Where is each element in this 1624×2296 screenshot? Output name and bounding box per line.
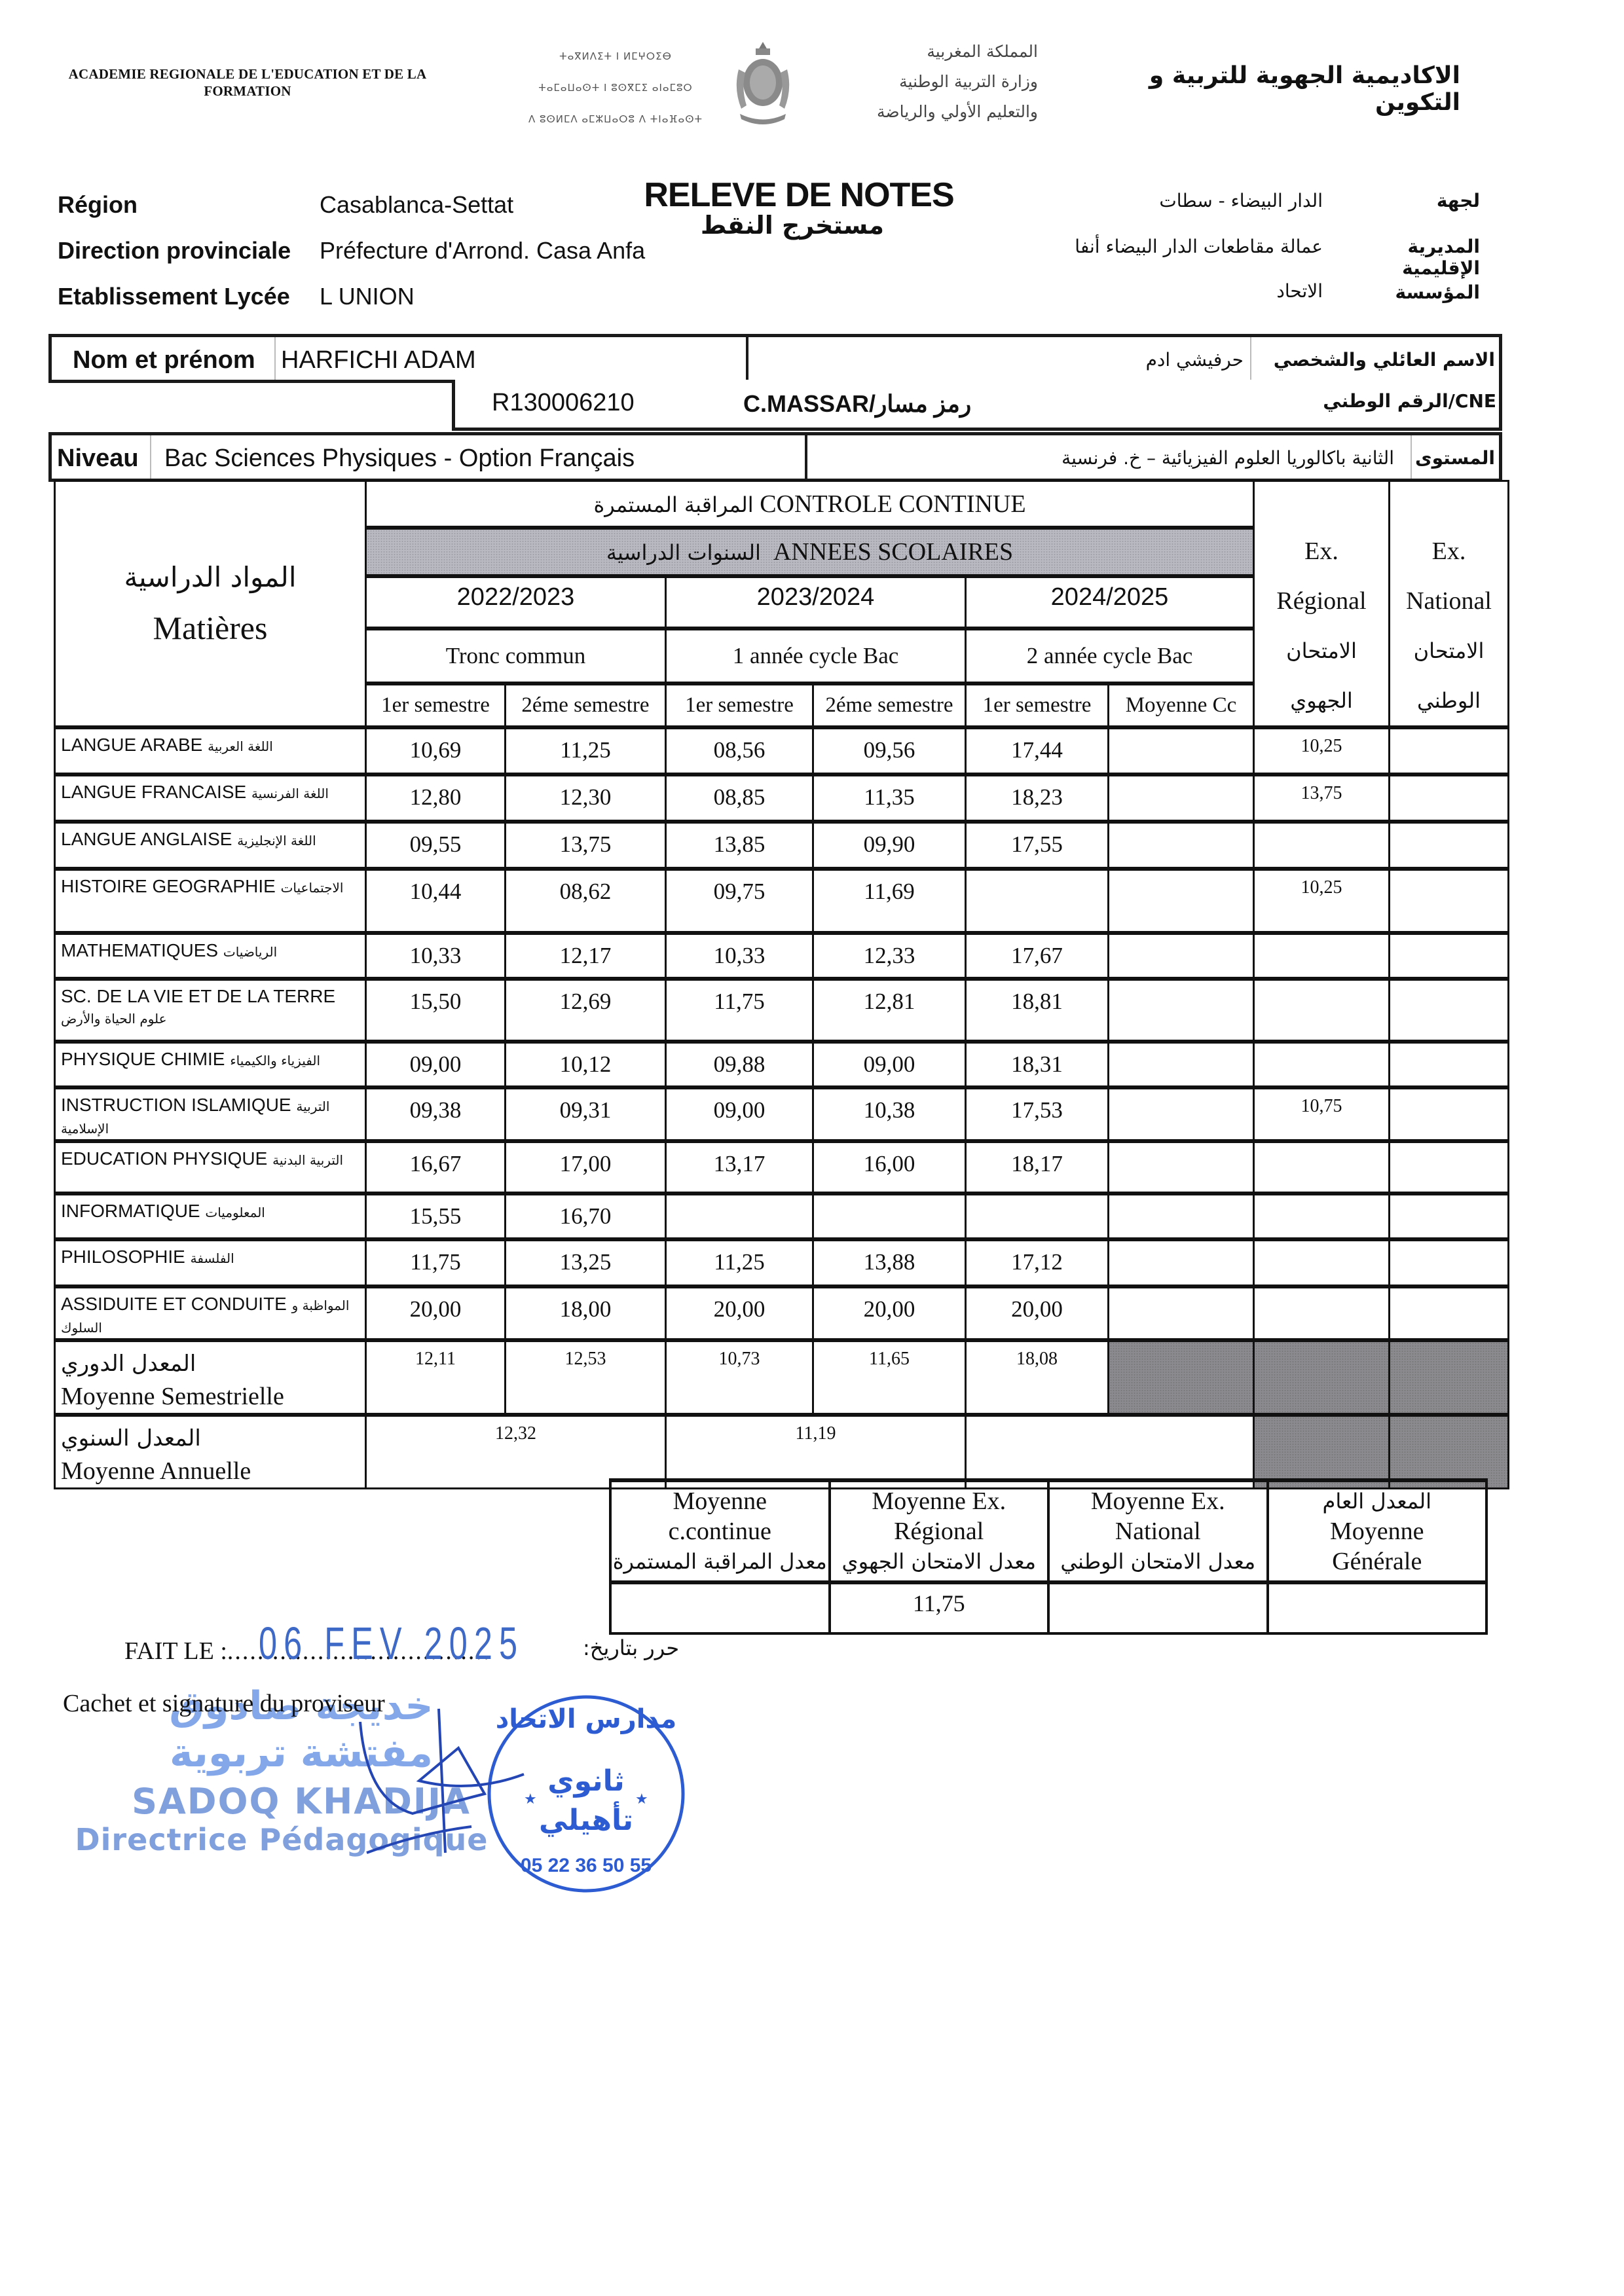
grade-cell-reg — [1254, 1141, 1390, 1194]
summary-cc-ar: معدل المراقبة المستمرة — [612, 1546, 828, 1576]
grade-cell-nat — [1390, 869, 1509, 933]
summary-cc-header: Moyenne c.continue معدل المراقبة المستمر… — [610, 1480, 830, 1582]
grade-cell-s3: 11,75 — [666, 979, 813, 1042]
grade-cell-nat — [1390, 979, 1509, 1042]
grade-cell-s3: 08,56 — [666, 727, 813, 774]
grade-cell-s3: 09,75 — [666, 869, 813, 933]
grade-cell-s2: 18,00 — [506, 1286, 666, 1340]
table-row: SC. DE LA VIE ET DE LA TERRE علوم الحياة… — [55, 979, 1509, 1042]
ex-regional-ar2: الجهوي — [1255, 676, 1388, 725]
grade-cell-s5: 17,55 — [966, 822, 1109, 869]
grade-cell-cc — [1109, 869, 1254, 933]
ex-national-fr1: Ex. — [1390, 526, 1507, 576]
subjects-header-fr: Matières — [153, 610, 268, 646]
subject-name-fr: INFORMATIQUE — [61, 1201, 200, 1221]
subject-name-fr: HISTOIRE GEOGRAPHIE — [61, 876, 276, 896]
controle-continue-ar: المراقبة المستمرة — [593, 492, 753, 517]
grade-cell-s2: 12,30 — [506, 774, 666, 822]
annees-scolaires-header: السنوات الدراسية ANNEES SCOLAIRES — [366, 528, 1254, 576]
direction-value: Préfecture d'Arrond. Casa Anfa — [320, 237, 645, 264]
summary-national-fr2: National — [1050, 1516, 1266, 1546]
grade-cell-s1: 12,80 — [366, 774, 506, 822]
grade-cell-s2: 13,25 — [506, 1239, 666, 1286]
grade-cell-s3: 10,33 — [666, 933, 813, 979]
grade-cell-reg — [1254, 1194, 1390, 1239]
grade-cell-cc — [1109, 933, 1254, 979]
subjects-header-ar: المواد الدراسية — [56, 561, 365, 593]
grade-cell-s2: 09,31 — [506, 1087, 666, 1141]
level-tronc-commun: Tronc commun — [366, 629, 666, 683]
moyenne-semestrielle-row: المعدل الدوري Moyenne Semestrielle 12,11… — [55, 1340, 1509, 1415]
grade-cell-nat — [1390, 1194, 1509, 1239]
moy-sem-s2: 12,53 — [506, 1340, 666, 1415]
region-value: Casablanca-Settat — [320, 191, 513, 219]
subject-name-fr: LANGUE ARABE — [61, 735, 202, 755]
table-row: LANGUE FRANCAISE اللغة الفرنسية12,8012,3… — [55, 774, 1509, 822]
grade-cell-s2: 08,62 — [506, 869, 666, 933]
ministry-name-ar: المملكة المغربية وزارة التربية الوطنية و… — [802, 37, 1038, 127]
student-level-box: Niveau Bac Sciences Physiques - Option F… — [48, 432, 1502, 482]
grade-cell-cc — [1109, 774, 1254, 822]
fait-le-label: FAIT LE : — [124, 1637, 227, 1665]
name-label-ar: الاسم العائلي والشخصي — [1274, 349, 1495, 371]
summary-cc-fr2: c.continue — [612, 1516, 828, 1546]
subject-name-ar: الاجتماعيات — [281, 880, 344, 896]
summary-national-ar: معدل الامتحان الوطني — [1050, 1546, 1266, 1576]
subject-name: LANGUE FRANCAISE اللغة الفرنسية — [55, 774, 366, 822]
grade-cell-s4: 10,38 — [813, 1087, 966, 1141]
subject-name-ar: الفلسفة — [191, 1250, 234, 1266]
grade-cell-s1: 20,00 — [366, 1286, 506, 1340]
grade-cell-s4: 13,88 — [813, 1239, 966, 1286]
grade-cell-s4 — [813, 1194, 966, 1239]
shaded-cell — [1390, 1340, 1509, 1415]
grade-cell-s5: 18,23 — [966, 774, 1109, 822]
ex-national-ar1: الامتحان — [1390, 626, 1507, 676]
summary-national-fr1: Moyenne Ex. — [1050, 1486, 1266, 1516]
niveau-label: Niveau — [57, 445, 139, 473]
subject-name: SC. DE LA VIE ET DE LA TERRE علوم الحياة… — [55, 979, 366, 1042]
grade-cell-s2: 17,00 — [506, 1141, 666, 1194]
moy-annuelle-2022: 12,32 — [366, 1415, 666, 1489]
grade-cell-nat — [1390, 822, 1509, 869]
etablissement-value-ar: الاتحاد — [982, 280, 1323, 302]
ex-regional-header: Ex. Régional الامتحان الجهوي — [1254, 481, 1390, 728]
moyenne-annuelle-row: المعدل السنوي Moyenne Annuelle 12,32 11,… — [55, 1415, 1509, 1489]
date-stamp: 06 FEV 2025 — [259, 1617, 524, 1669]
year-2024-2025: 2024/2025 — [966, 576, 1254, 629]
subject-name-ar: الرياضيات — [223, 944, 277, 960]
subject-name-fr: PHYSIQUE CHIMIE — [61, 1049, 225, 1069]
grade-cell-s1: 09,55 — [366, 822, 506, 869]
student-id-box: R130006210 C.MASSAR/رمز مسار CNE/الرقم ا… — [452, 380, 1502, 431]
grade-cell-s4: 09,00 — [813, 1042, 966, 1087]
grade-cell-cc — [1109, 1087, 1254, 1141]
grade-cell-reg: 10,25 — [1254, 727, 1390, 774]
grade-cell-s5: 18,31 — [966, 1042, 1109, 1087]
massar-value: R130006210 — [492, 389, 635, 417]
grade-cell-s2: 12,17 — [506, 933, 666, 979]
grade-cell-s4: 20,00 — [813, 1286, 966, 1340]
summary-generale-fr2: Générale — [1269, 1546, 1486, 1576]
shaded-cell — [1109, 1340, 1254, 1415]
grade-cell-nat — [1390, 933, 1509, 979]
grade-cell-cc — [1109, 1141, 1254, 1194]
grade-cell-nat — [1390, 1141, 1509, 1194]
royal-emblem-icon — [727, 37, 799, 128]
grade-cell-reg: 10,25 — [1254, 869, 1390, 933]
grade-cell-s3: 13,17 — [666, 1141, 813, 1194]
grade-cell-s3: 20,00 — [666, 1286, 813, 1340]
table-row: EDUCATION PHYSIQUE التربية البدنية16,671… — [55, 1141, 1509, 1194]
shaded-cell — [1254, 1340, 1390, 1415]
subject-name: EDUCATION PHYSIQUE التربية البدنية — [55, 1141, 366, 1194]
table-row: ASSIDUITE ET CONDUITE المواظبة و السلوك2… — [55, 1286, 1509, 1340]
grade-cell-cc — [1109, 1239, 1254, 1286]
ex-regional-ar1: الامتحان — [1255, 626, 1388, 676]
grade-cell-s5: 18,81 — [966, 979, 1109, 1042]
grade-cell-nat — [1390, 774, 1509, 822]
year-2023-2024: 2023/2024 — [666, 576, 966, 629]
niveau-value: Bac Sciences Physiques - Option Français — [164, 445, 635, 473]
tifinagh-line: ⵜⴰⵎⴰⵡⴰⵙⵜ ⵏ ⵓⵙⴳⵎⵉ ⴰⵏⴰⵎⵓⵔ — [517, 72, 714, 103]
grade-cell-s2: 10,12 — [506, 1042, 666, 1087]
grade-cell-s3: 11,25 — [666, 1239, 813, 1286]
subject-name-fr: ASSIDUITE ET CONDUITE — [61, 1294, 287, 1314]
grade-cell-s4: 12,33 — [813, 933, 966, 979]
grade-cell-reg — [1254, 822, 1390, 869]
level-1-annee-bac: 1 année cycle Bac — [666, 629, 966, 683]
grade-cell-reg — [1254, 979, 1390, 1042]
shaded-cell — [1390, 1415, 1509, 1489]
subject-name-fr: PHILOSOPHIE — [61, 1247, 185, 1267]
summary-regional-value: 11,75 — [830, 1582, 1049, 1633]
niveau-label-ar: المستوى — [1415, 447, 1495, 469]
cne-label: CNE/الرقم الوطني — [1323, 390, 1496, 412]
subject-name-ar: المعلوميات — [205, 1205, 265, 1220]
summary-regional-fr1: Moyenne Ex. — [831, 1486, 1048, 1516]
col-s2: 2éme semestre — [506, 683, 666, 727]
summary-generale-ar: المعدل العام — [1269, 1486, 1486, 1516]
summary-cc-value — [610, 1582, 830, 1633]
subject-name: HISTOIRE GEOGRAPHIE الاجتماعيات — [55, 869, 366, 933]
moy-sem-s3: 10,73 — [666, 1340, 813, 1415]
signature-icon — [288, 1696, 563, 1866]
subject-name-ar: الفيزياء والكيمياء — [230, 1053, 320, 1068]
grade-cell-s2: 16,70 — [506, 1194, 666, 1239]
grades-table: المواد الدراسية Matières المراقبة المستم… — [54, 480, 1509, 1489]
table-row: LANGUE ARABE اللغة العربية10,6911,2508,5… — [55, 727, 1509, 774]
grade-cell-cc — [1109, 1286, 1254, 1340]
summary-generale-header: المعدل العام Moyenne Générale — [1268, 1480, 1487, 1582]
table-row: INFORMATIQUE المعلوميات15,5516,70 — [55, 1194, 1509, 1239]
summary-regional-fr2: Régional — [831, 1516, 1048, 1546]
controle-continue-fr: CONTROLE CONTINUE — [760, 490, 1025, 518]
kingdom-tifinagh: ⵜⴰⴳⵍⴷⵉⵜ ⵏ ⵍⵎⵖⵔⵉⴱ ⵜⴰⵎⴰⵡⴰⵙⵜ ⵏ ⵓⵙⴳⵎⵉ ⴰⵏⴰⵎⵓⵔ… — [517, 41, 714, 135]
ministry-line: وزارة التربية الوطنية — [802, 67, 1038, 97]
grade-cell-s1: 15,55 — [366, 1194, 506, 1239]
grade-cell-s4: 12,81 — [813, 979, 966, 1042]
ex-regional-fr1: Ex. — [1255, 526, 1388, 576]
ex-national-header: Ex. National الامتحان الوطني — [1390, 481, 1509, 728]
table-row: LANGUE ANGLAISE اللغة الإنجليزية09,5513,… — [55, 822, 1509, 869]
ministry-line: المملكة المغربية — [802, 37, 1038, 67]
grade-cell-s4: 11,35 — [813, 774, 966, 822]
fait-le-ar: حرر بتاريخ: — [583, 1635, 679, 1660]
grade-cell-s5: 18,17 — [966, 1141, 1109, 1194]
niveau-value-ar: الثانية باكالوريا العلوم الفيزيائية – خ.… — [1061, 447, 1394, 469]
ministry-line: والتعليم الأولي والرياضة — [802, 97, 1038, 127]
col-s3: 1er semestre — [666, 683, 813, 727]
grade-cell-s4: 09,90 — [813, 822, 966, 869]
grade-cell-s1: 15,50 — [366, 979, 506, 1042]
table-row: MATHEMATIQUES الرياضيات10,3312,1710,3312… — [55, 933, 1509, 979]
grade-cell-s1: 11,75 — [366, 1239, 506, 1286]
grade-cell-s4: 11,69 — [813, 869, 966, 933]
grade-cell-cc — [1109, 979, 1254, 1042]
moyenne-semestrielle-ar: المعدل الدوري — [61, 1347, 360, 1380]
direction-label-ar: المديرية الإقليمية — [1329, 236, 1480, 279]
subject-name: PHYSIQUE CHIMIE الفيزياء والكيمياء — [55, 1042, 366, 1087]
moy-sem-s5: 18,08 — [966, 1340, 1109, 1415]
subject-name-ar: اللغة الفرنسية — [251, 786, 329, 801]
grade-cell-s4: 09,56 — [813, 727, 966, 774]
moy-annuelle-2023: 11,19 — [666, 1415, 966, 1489]
annees-fr: ANNEES SCOLAIRES — [773, 538, 1013, 566]
table-row: INSTRUCTION ISLAMIQUE التربية الإسلامية0… — [55, 1087, 1509, 1141]
grade-cell-cc — [1109, 1194, 1254, 1239]
grade-cell-reg — [1254, 1042, 1390, 1087]
grade-cell-cc — [1109, 1042, 1254, 1087]
grade-cell-s3: 13,85 — [666, 822, 813, 869]
grade-cell-s5: 17,44 — [966, 727, 1109, 774]
grade-cell-s4: 16,00 — [813, 1141, 966, 1194]
grade-cell-s3 — [666, 1194, 813, 1239]
moy-sem-s1: 12,11 — [366, 1340, 506, 1415]
summary-regional-ar: معدل الامتحان الجهوي — [831, 1546, 1048, 1576]
subject-name: ASSIDUITE ET CONDUITE المواظبة و السلوك — [55, 1286, 366, 1340]
summary-regional-header: Moyenne Ex. Régional معدل الامتحان الجهو… — [830, 1480, 1049, 1582]
tifinagh-line: ⵜⴰⴳⵍⴷⵉⵜ ⵏ ⵍⵎⵖⵔⵉⴱ — [517, 41, 714, 72]
grade-cell-s1: 10,44 — [366, 869, 506, 933]
subject-name: LANGUE ARABE اللغة العربية — [55, 727, 366, 774]
direction-value-ar: عمالة مقاطعات الدار البيضاء أنفا — [982, 236, 1323, 257]
subject-name-fr: MATHEMATIQUES — [61, 940, 218, 960]
col-s1: 1er semestre — [366, 683, 506, 727]
grade-cell-s3: 09,00 — [666, 1087, 813, 1141]
grade-cell-s5: 20,00 — [966, 1286, 1109, 1340]
etablissement-label: Etablissement Lycée — [58, 283, 290, 310]
grade-cell-nat — [1390, 1286, 1509, 1340]
grade-cell-cc — [1109, 822, 1254, 869]
grade-cell-nat — [1390, 1087, 1509, 1141]
subject-name-ar: التربية البدنية — [272, 1152, 343, 1168]
grade-cell-reg — [1254, 1286, 1390, 1340]
ex-national-fr2: National — [1390, 576, 1507, 626]
direction-label: Direction provinciale — [58, 237, 291, 264]
moyenne-annuelle-label: المعدل السنوي Moyenne Annuelle — [55, 1415, 366, 1489]
grade-cell-s5: 17,67 — [966, 933, 1109, 979]
name-label: Nom et prénom — [73, 346, 255, 374]
grade-cell-reg — [1254, 933, 1390, 979]
ex-regional-fr2: Régional — [1255, 576, 1388, 626]
summary-table: Moyenne c.continue معدل المراقبة المستمر… — [609, 1478, 1488, 1635]
grade-cell-s2: 12,69 — [506, 979, 666, 1042]
subject-name: PHILOSOPHIE الفلسفة — [55, 1239, 366, 1286]
summary-generale-value — [1268, 1582, 1487, 1633]
col-s4: 2éme semestre — [813, 683, 966, 727]
moyenne-semestrielle-fr: Moyenne Semestrielle — [61, 1383, 284, 1410]
moyenne-annuelle-fr: Moyenne Annuelle — [61, 1457, 251, 1485]
region-label-ar: لجهة — [1349, 190, 1480, 211]
level-2-annee-bac: 2 année cycle Bac — [966, 629, 1254, 683]
subject-name-ar: اللغة الإنجليزية — [237, 833, 316, 848]
subject-name-fr: LANGUE ANGLAISE — [61, 829, 232, 849]
grade-cell-s2: 13,75 — [506, 822, 666, 869]
grade-cell-s5 — [966, 869, 1109, 933]
subject-name-fr: INSTRUCTION ISLAMIQUE — [61, 1095, 291, 1115]
shaded-cell — [1254, 1415, 1390, 1489]
grade-cell-s1: 09,00 — [366, 1042, 506, 1087]
subject-name-ar: علوم الحياة والأرض — [61, 1011, 167, 1027]
subject-name-ar: اللغة العربية — [208, 738, 273, 754]
table-row: PHILOSOPHIE الفلسفة11,7513,2511,2513,881… — [55, 1239, 1509, 1286]
summary-national-header: Moyenne Ex. National معدل الامتحان الوطن… — [1048, 1480, 1268, 1582]
grade-cell-reg: 13,75 — [1254, 774, 1390, 822]
grade-cell-nat — [1390, 727, 1509, 774]
controle-continue-header: المراقبة المستمرة CONTROLE CONTINUE — [366, 481, 1254, 528]
grade-cell-nat — [1390, 1042, 1509, 1087]
page-title-ar: مستخرج النقط — [694, 211, 891, 240]
page-title: RELEVE DE NOTES — [629, 175, 969, 215]
grade-cell-s1: 09,38 — [366, 1087, 506, 1141]
etablissement-value: L UNION — [320, 283, 415, 310]
fait-le: FAIT LE :...............................… — [124, 1637, 490, 1666]
grade-cell-s3: 09,88 — [666, 1042, 813, 1087]
region-label: Région — [58, 191, 138, 219]
moy-sem-s4: 11,65 — [813, 1340, 966, 1415]
moy-annuelle-2024 — [966, 1415, 1254, 1489]
summary-cc-fr1: Moyenne — [612, 1486, 828, 1516]
summary-generale-fr1: Moyenne — [1269, 1516, 1486, 1546]
region-value-ar: الدار البيضاء - سطات — [982, 190, 1323, 211]
grade-cell-s5 — [966, 1194, 1109, 1239]
subject-name: INSTRUCTION ISLAMIQUE التربية الإسلامية — [55, 1087, 366, 1141]
subject-name-fr: LANGUE FRANCAISE — [61, 782, 246, 802]
student-name-box: Nom et prénom HARFICHI ADAM حرفيشي ادم ا… — [48, 334, 1502, 383]
tifinagh-line: ⴷ ⵓⵙⵍⵎⴷ ⴰⵎⵣⵡⴰⵔⵓ ⴷ ⵜⵏⴰⴼⴰⵙⵜ — [517, 103, 714, 135]
grade-cell-s3: 08,85 — [666, 774, 813, 822]
subject-name: MATHEMATIQUES الرياضيات — [55, 933, 366, 979]
grade-cell-cc — [1109, 727, 1254, 774]
subject-name-fr: EDUCATION PHYSIQUE — [61, 1148, 267, 1169]
grade-cell-s1: 10,33 — [366, 933, 506, 979]
subjects-header: المواد الدراسية Matières — [55, 481, 366, 728]
moyenne-annuelle-ar: المعدل السنوي — [61, 1422, 360, 1455]
ex-national-ar2: الوطني — [1390, 676, 1507, 725]
grade-cell-nat — [1390, 1239, 1509, 1286]
grade-cell-s5: 17,12 — [966, 1239, 1109, 1286]
grade-cell-reg: 10,75 — [1254, 1087, 1390, 1141]
subject-name: LANGUE ANGLAISE اللغة الإنجليزية — [55, 822, 366, 869]
grade-cell-s1: 10,69 — [366, 727, 506, 774]
name-value: HARFICHI ADAM — [281, 346, 476, 374]
moyenne-semestrielle-label: المعدل الدوري Moyenne Semestrielle — [55, 1340, 366, 1415]
massar-label: C.MASSAR/رمز مسار — [743, 390, 971, 418]
subject-name-fr: SC. DE LA VIE ET DE LA TERRE — [61, 986, 335, 1006]
year-2022-2023: 2022/2023 — [366, 576, 666, 629]
academy-name-fr: ACADEMIE REGIONALE DE L'EDUCATION ET DE … — [58, 65, 437, 100]
table-row: HISTOIRE GEOGRAPHIE الاجتماعيات10,4408,6… — [55, 869, 1509, 933]
grade-cell-s1: 16,67 — [366, 1141, 506, 1194]
grade-cell-reg — [1254, 1239, 1390, 1286]
summary-national-value — [1048, 1582, 1268, 1633]
annees-ar: السنوات الدراسية — [606, 540, 761, 565]
grade-cell-s2: 11,25 — [506, 727, 666, 774]
etablissement-label-ar: المؤسسة — [1349, 282, 1480, 303]
subject-name: INFORMATIQUE المعلوميات — [55, 1194, 366, 1239]
grade-cell-s5: 17,53 — [966, 1087, 1109, 1141]
col-s5: 1er semestre — [966, 683, 1109, 727]
table-row: PHYSIQUE CHIMIE الفيزياء والكيمياء09,001… — [55, 1042, 1509, 1087]
name-value-ar: حرفيشي ادم — [1146, 349, 1244, 371]
col-moyenne-cc: Moyenne Cc — [1109, 683, 1254, 727]
academy-name-ar: الاكاديمية الجهوية للتربية و التكوين — [1113, 62, 1460, 116]
